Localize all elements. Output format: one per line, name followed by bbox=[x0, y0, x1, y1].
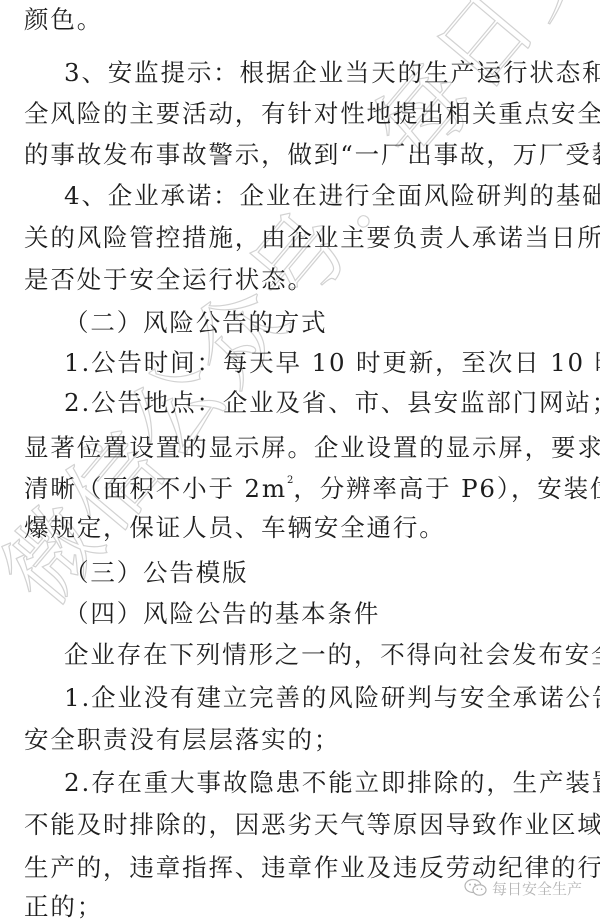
text-line-3: 全风险的主要活动，有针对性地提出相关重点安全提示。对典型 bbox=[24, 99, 584, 129]
section-heading-4: （四）风险公告的基本条件 bbox=[64, 599, 600, 629]
wechat-icon bbox=[464, 878, 488, 898]
text-line-4: 的事故发布事故警示，做到“一厂出事故，万厂受教育”。 bbox=[24, 140, 584, 170]
text-line-5: 4、企业承诺：企业在进行全面风险研判的基础上，落实相 bbox=[64, 181, 600, 211]
text-line-7: 是否处于安全运行状态。 bbox=[24, 265, 584, 295]
text-line-9: 1.公告时间：每天早 10 时更新，至次日 10 时。 bbox=[64, 348, 600, 378]
text-line-1: 颜色。 bbox=[24, 5, 584, 35]
section-heading-2: （二）风险公告的方式 bbox=[64, 308, 600, 338]
text-line-16: 企业存在下列情形之一的，不得向社会发布安全承诺公告： bbox=[64, 640, 600, 670]
text-segment: ，分辨率高于 P6），安装位置符合防火防 bbox=[293, 474, 600, 503]
brand-label: 每日安全生产 bbox=[492, 878, 582, 899]
text-segment: 清晰（面积不小于 2m bbox=[24, 474, 287, 503]
text-line-17: 1.企业没有建立完善的风险研判与安全承诺公告管理制度， bbox=[64, 683, 600, 713]
section-heading-3: （三）公告模版 bbox=[64, 558, 600, 588]
text-line-19: 2.存在重大事故隐患不能立即排除的，生产装置、罐区故障 bbox=[64, 768, 600, 798]
text-line-2: 3、安监提示：根据企业当天的生产运行状态和可能引发安 bbox=[64, 58, 600, 88]
text-line-12: 清晰（面积不小于 2m2，分辨率高于 P6），安装位置符合防火防 bbox=[24, 474, 584, 504]
text-line-10: 2.公告地点：企业及省、市、县安监部门网站；企业主门岗 bbox=[64, 388, 600, 418]
text-line-13: 爆规定，保证人员、车辆安全通行。 bbox=[24, 513, 584, 543]
brand-signature: 每日安全生产 bbox=[464, 876, 582, 900]
document-page: 微信公众号：每日安全生产 颜色。 3、安监提示：根据企业当天的生产运行状态和可能… bbox=[0, 0, 600, 919]
text-line-18: 安全职责没有层层落实的； bbox=[24, 725, 584, 755]
text-line-20: 不能及时排除的，因恶劣天气等原因导致作业区域不能保证安全 bbox=[24, 810, 584, 840]
text-line-6: 关的风险管控措施，由企业主要负责人承诺当日所有装置、罐区 bbox=[24, 223, 584, 253]
text-line-11: 显著位置设置的显示屏。企业设置的显示屏，要求文字图像显示 bbox=[24, 433, 584, 463]
